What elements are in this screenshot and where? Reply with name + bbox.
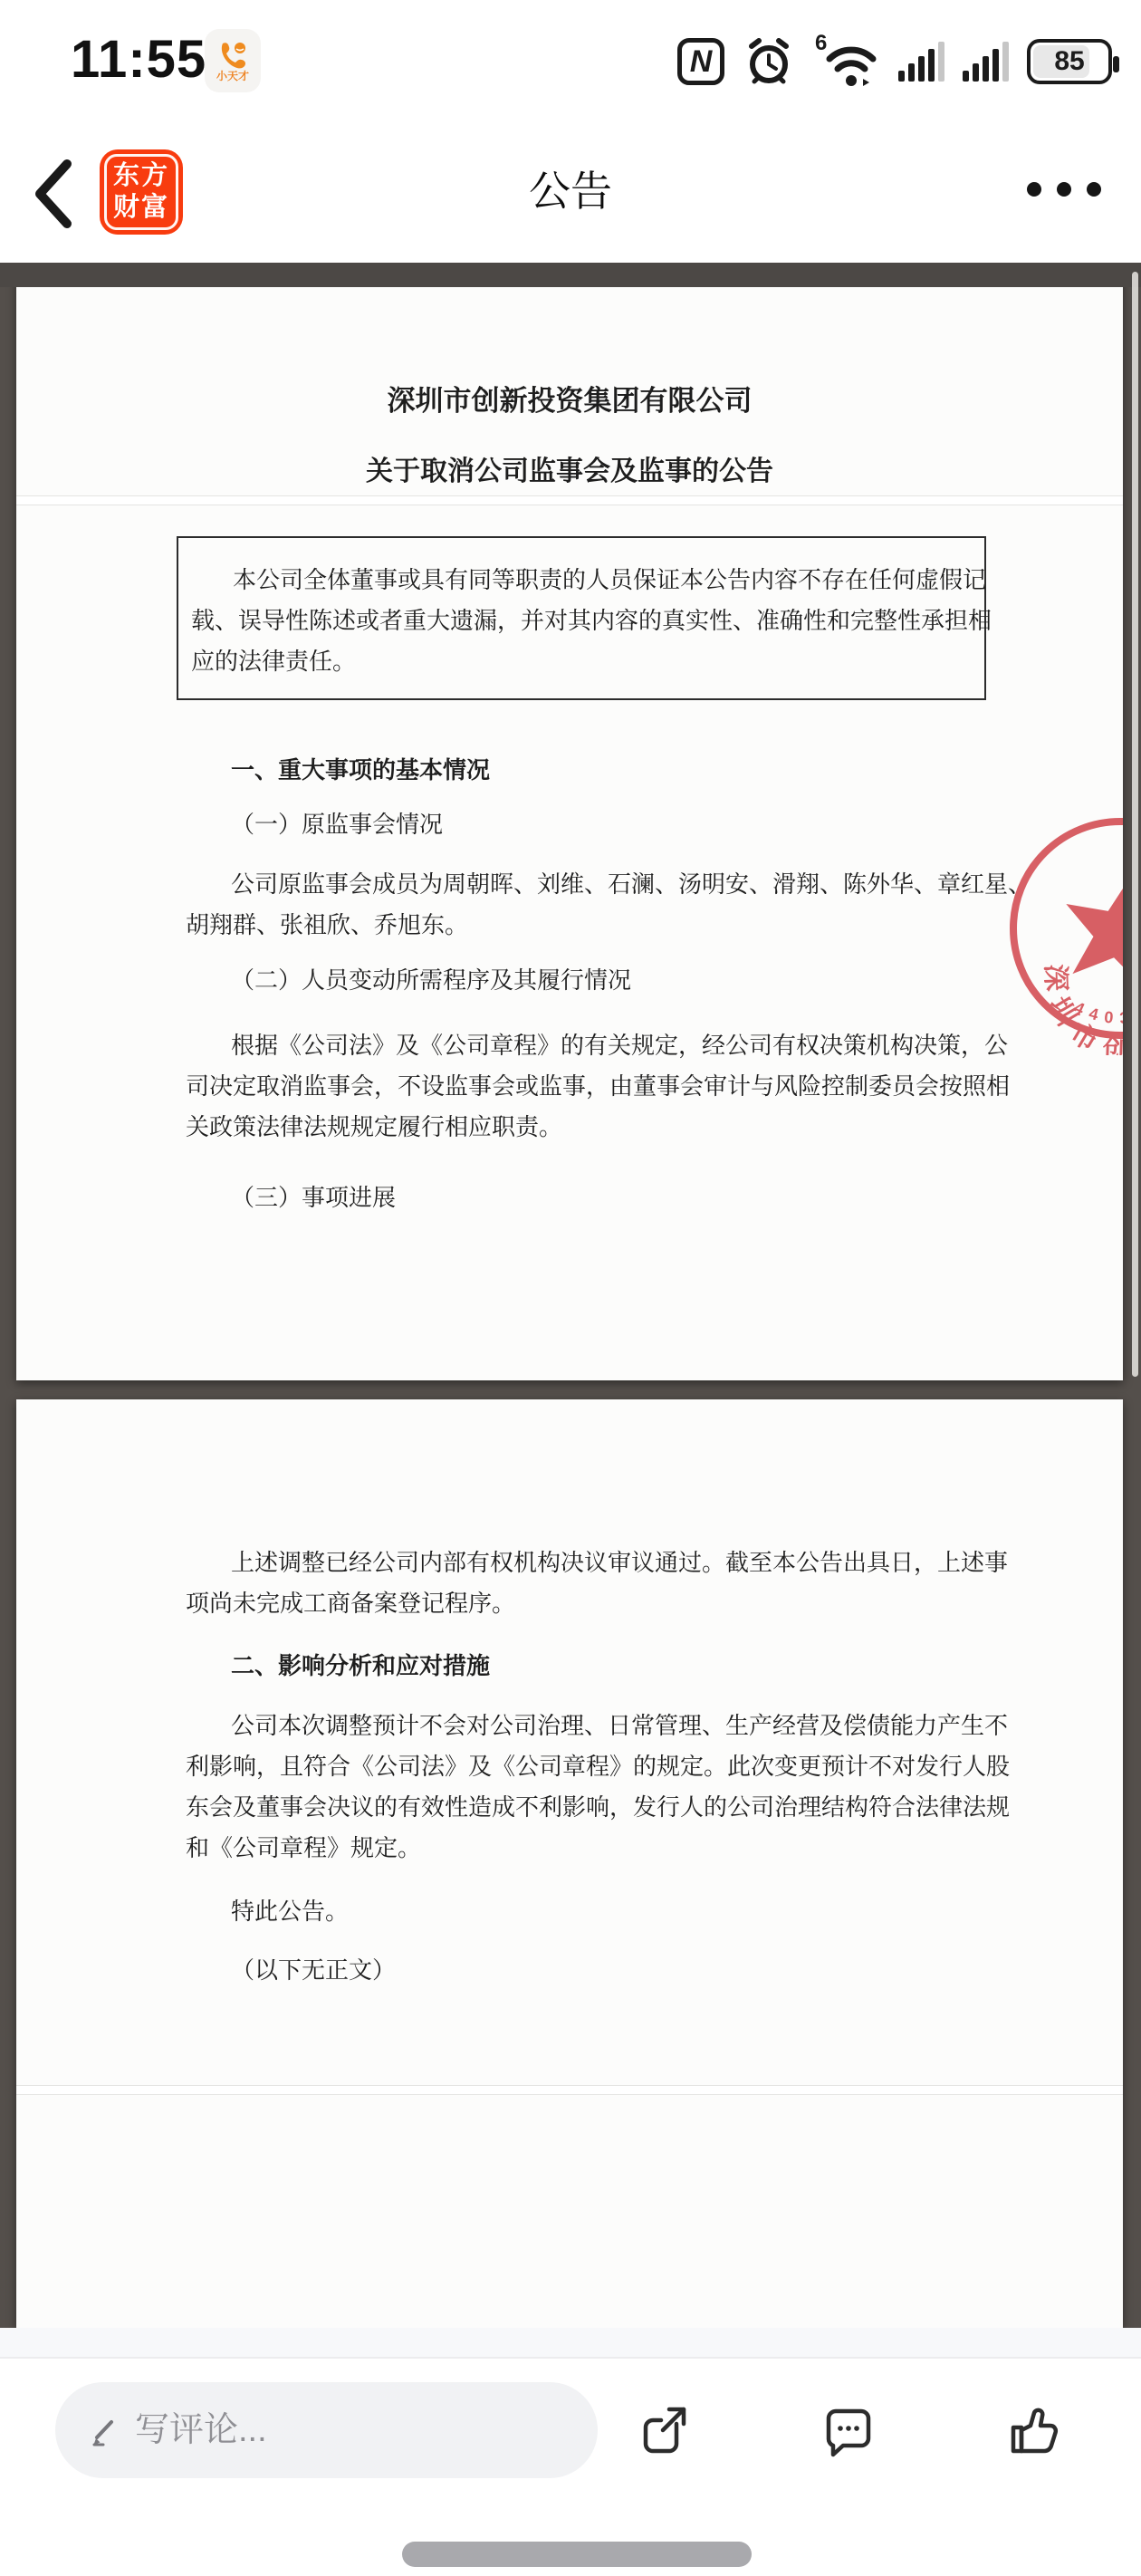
pencil-icon [88, 2414, 120, 2446]
home-indicator[interactable] [402, 2542, 752, 2567]
paragraph-line: 公司本次调整预计不会对公司治理、日常管理、生产经营及偿债能力产生不 [186, 1706, 1008, 1746]
paragraph-line: 和《公司章程》规定。 [186, 1828, 421, 1869]
paragraph-line: 根据《公司法》及《公司章程》的有关规定，经公司有权决策机构决策，公 [186, 1025, 1008, 1066]
paragraph-line: 公司原监事会成员为周朝晖、刘维、石澜、汤明安、滑翔、陈外华、章红星、 [186, 864, 1031, 905]
nav-bar: 东方 财富 公告 [0, 122, 1141, 263]
subsection-3: （三）事项进展 [186, 1177, 396, 1218]
battery-percent: 85 [1054, 46, 1084, 77]
comments-button[interactable] [820, 2402, 877, 2460]
paragraph-line: 胡翔群、张祖欣、乔旭东。 [186, 905, 468, 946]
paragraph-line: 东会及董事会决议的有效性造成不利影响，发行人的公司治理结构符合法律法规 [186, 1787, 1010, 1828]
subsection-2: （二）人员变动所需程序及其履行情况 [186, 960, 631, 1001]
paragraph-line: 项尚未完成工商备案登记程序。 [186, 1583, 515, 1624]
more-menu-button[interactable] [1027, 182, 1101, 197]
disclaimer-line: 本公司全体董事或具有同等职责的人员保证本公告内容不存在任何虚假记 [191, 560, 972, 601]
announcement-title: 关于取消公司监事会及监事的公告 [16, 451, 1123, 492]
paragraph-line: 利影响，且符合《公司法》及《公司章程》的规定。此次变更预计不对发行人股 [186, 1746, 1010, 1787]
signal-bars-sim1 [898, 42, 944, 82]
phone-screen: 11:55 小天才 N 6 [0, 0, 1141, 2576]
clock-time: 11:55 [71, 29, 206, 90]
viewer-top-shade [0, 263, 1141, 287]
viewer-bottom-strip [0, 2328, 1141, 2359]
disclaimer-line: 载、误导性陈述或者重大遗漏，并对其内容的真实性、准确性和完整性承担相 [191, 601, 972, 641]
section-heading-1: 一、重大事项的基本情况 [186, 750, 490, 791]
svg-text:6: 6 [815, 34, 827, 55]
status-icons: N 6 85 [677, 33, 1112, 91]
like-button[interactable] [1004, 2402, 1062, 2460]
no-more-text-line: （以下无正文） [186, 1950, 396, 1991]
signal-bars-sim2 [963, 42, 1009, 82]
document-page-1: 债券代码：185667.SH 债券简称：22 创投 K1 深圳市创新投资集团有限… [16, 272, 1123, 1380]
company-title: 深圳市创新投资集团有限公司 [16, 380, 1123, 421]
company-seal: 深圳市创新投资集 44030 [993, 802, 1123, 1055]
alarm-muted-icon [743, 35, 795, 88]
disclaimer-line: 应的法律责任。 [191, 641, 972, 682]
page-seam [16, 2086, 1123, 2094]
nfc-icon: N [677, 38, 724, 85]
scrollbar-thumb[interactable] [1132, 272, 1138, 1377]
app-badge-label: 小天才 [216, 71, 249, 82]
bottom-action-bar [0, 2359, 1141, 2576]
wifi-6-icon: 6 [813, 34, 880, 90]
xiaotiancai-notification-icon: 小天才 [205, 29, 261, 92]
battery-icon: 85 [1027, 39, 1112, 84]
document-page-2: 上述调整已经公司内部有权机构决议审议通过。截至本公告出具日，上述事 项尚未完成工… [16, 1399, 1123, 2328]
comment-input[interactable] [133, 2410, 517, 2451]
status-bar: 11:55 小天才 N 6 [0, 0, 1141, 122]
comment-input-pill[interactable] [55, 2382, 598, 2478]
render-seam [16, 496, 1123, 505]
battery-nub [1113, 56, 1119, 72]
section-heading-2: 二、影响分析和应对措施 [186, 1646, 490, 1687]
paragraph-line: 关政策法律法规规定履行相应职责。 [186, 1107, 562, 1148]
closing-line: 特此公告。 [186, 1891, 349, 1932]
paragraph-line: 上述调整已经公司内部有权机构决议审议通过。截至本公告出具日，上述事 [186, 1543, 1008, 1583]
pdf-viewer[interactable]: 债券代码：185667.SH 债券简称：22 创投 K1 深圳市创新投资集团有限… [0, 263, 1141, 2328]
subsection-1: （一）原监事会情况 [186, 804, 443, 845]
share-button[interactable] [635, 2402, 693, 2460]
paragraph-line: 司决定取消监事会，不设监事会或监事，由董事会审计与风险控制委员会按照相 [186, 1066, 1010, 1107]
page-title: 公告 [0, 159, 1141, 218]
phone-icon [217, 40, 248, 71]
disclaimer-box: 本公司全体董事或具有同等职责的人员保证本公告内容不存在任何虚假记 载、误导性陈述… [177, 536, 986, 700]
